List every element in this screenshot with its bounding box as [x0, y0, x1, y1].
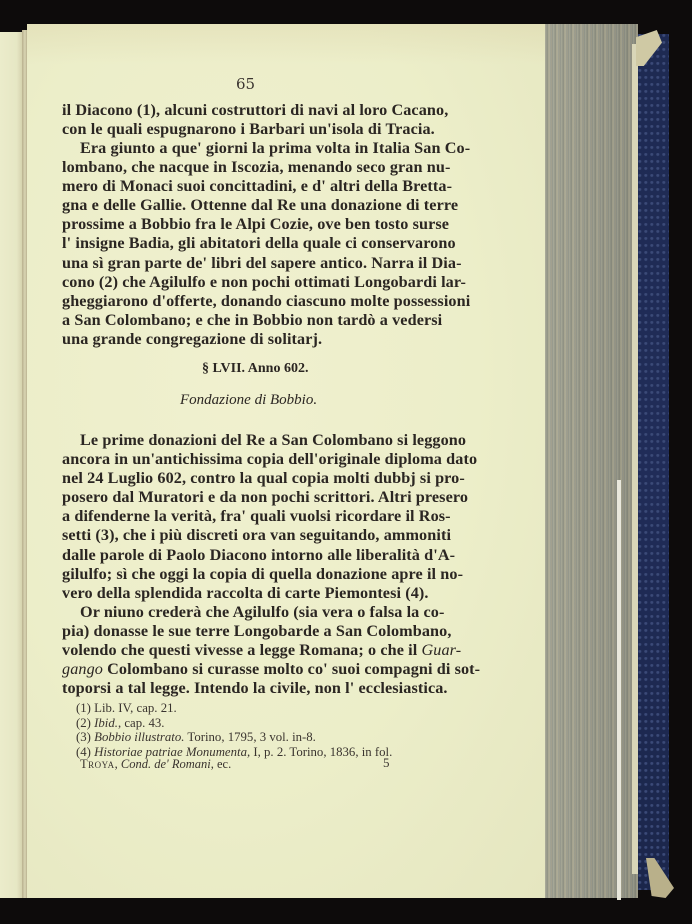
- book-cover-blue: [638, 34, 669, 890]
- footnote-2: (2) Ibid., cap. 43.: [76, 716, 436, 731]
- signature-sheet-number: 5: [383, 755, 390, 771]
- text-line: gheggiarono d'offerte, donando ciascuno …: [62, 292, 432, 311]
- text-line: il Diacono (1), alcuni costruttori di na…: [62, 101, 432, 120]
- footnote-text: Torino, 1795, 3 vol. in-8.: [184, 730, 315, 744]
- footnote-italic: Ibid.: [94, 716, 118, 730]
- footnotes: (1) Lib. IV, cap. 21. (2) Ibid., cap. 43…: [76, 701, 436, 759]
- text-line: a difenderne la verità, fra' quali vuols…: [62, 507, 432, 526]
- section-title: Fondazione di Bobbio.: [180, 392, 317, 409]
- text-line: volendo che questi vivesse a legge Roman…: [62, 641, 432, 660]
- section-heading: § LVII. Anno 602.: [202, 361, 308, 377]
- text-line: una sì gran parte de' libri del sapere a…: [62, 254, 432, 273]
- text-line: toporsi a tal legge. Intendo la civile, …: [62, 679, 432, 698]
- text-line: setti (3), che i più discreti ora van se…: [62, 526, 432, 545]
- text-line: una grande congregazione di solitarj.: [62, 330, 432, 349]
- text-line: con le quali espugnarono i Barbari un'is…: [62, 120, 432, 139]
- signature-line: Troya, Cond. de' Romani, ec.: [80, 757, 231, 772]
- paragraph-3: Le prime donazioni del Re a San Colomban…: [62, 431, 432, 603]
- footnote-text: Lib. IV, cap. 21.: [94, 701, 177, 715]
- text-line: l' insigne Badia, gli abitatori della qu…: [62, 234, 432, 253]
- text-line: prossime a Bobbio fra le Alpi Cozie, ove…: [62, 215, 432, 234]
- footnote-mark: (3): [76, 730, 91, 744]
- text-segment: volendo che questi vivesse a legge Roman…: [62, 641, 422, 659]
- signature-suffix: , ec.: [211, 757, 231, 771]
- bookmark-slip: [617, 480, 621, 900]
- paragraph-1: il Diacono (1), alcuni costruttori di na…: [62, 101, 432, 139]
- text-segment: Colombano si curasse molto co' suoi comp…: [107, 660, 480, 678]
- text-line: Or niuno crederà che Agilulfo (sia vera …: [62, 603, 432, 622]
- footnote-1: (1) Lib. IV, cap. 21.: [76, 701, 436, 716]
- text-line: posero dal Muratori e da non pochi scrit…: [62, 488, 432, 507]
- footnote-text: , cap. 43.: [118, 716, 165, 730]
- footnote-text: I, p. 2. Torino, 1836, in fol.: [250, 745, 392, 759]
- text-line: gango Colombano si curasse molto co' suo…: [62, 660, 432, 679]
- text-line: mero di Monaci suoi concittadini, e d' a…: [62, 177, 432, 196]
- italic-word: gango: [62, 660, 103, 678]
- italic-word: Guar-: [422, 641, 462, 659]
- footnote-italic: Bobbio illustrato.: [94, 730, 184, 744]
- paragraph-2: Era giunto a que' giorni la prima volta …: [62, 139, 432, 349]
- text-line: gna e delle Gallie. Ottenne dal Re una d…: [62, 196, 432, 215]
- footnote-mark: (1): [76, 701, 91, 715]
- text-line: lombano, che nacque in Iscozia, menando …: [62, 158, 432, 177]
- page-number: 65: [236, 75, 255, 93]
- facing-page-edge: [0, 32, 24, 898]
- book-photo-scene: 65 il Diacono (1), alcuni costruttori di…: [0, 0, 692, 924]
- paragraph-4: Or niuno crederà che Agilulfo (sia vera …: [62, 603, 432, 698]
- signature-author: Troya: [80, 757, 115, 771]
- text-line: pia) donasse le sue terre Longobarde a S…: [62, 622, 432, 641]
- text-line: cono (2) che Agilulfo e non pochi ottima…: [62, 273, 432, 292]
- text-line: vero della splendida raccolta di carte P…: [62, 584, 432, 603]
- footnote-mark: (2): [76, 716, 91, 730]
- text-line: Era giunto a que' giorni la prima volta …: [62, 139, 432, 158]
- text-line: Le prime donazioni del Re a San Colomban…: [62, 431, 432, 450]
- signature-title: Cond. de' Romani: [121, 757, 211, 771]
- text-line: gilulfo; sì che oggi la copia di quella …: [62, 565, 432, 584]
- footnote-3: (3) Bobbio illustrato. Torino, 1795, 3 v…: [76, 730, 436, 745]
- text-line: nel 24 Luglio 602, contro la qual copia …: [62, 469, 432, 488]
- text-line: dalle parole di Paolo Diacono intorno al…: [62, 546, 432, 565]
- text-line: a San Colombano; e che in Bobbio non tar…: [62, 311, 432, 330]
- page-stack-fore-edge: [544, 24, 638, 898]
- text-line: ancora in un'antichissima copia dell'ori…: [62, 450, 432, 469]
